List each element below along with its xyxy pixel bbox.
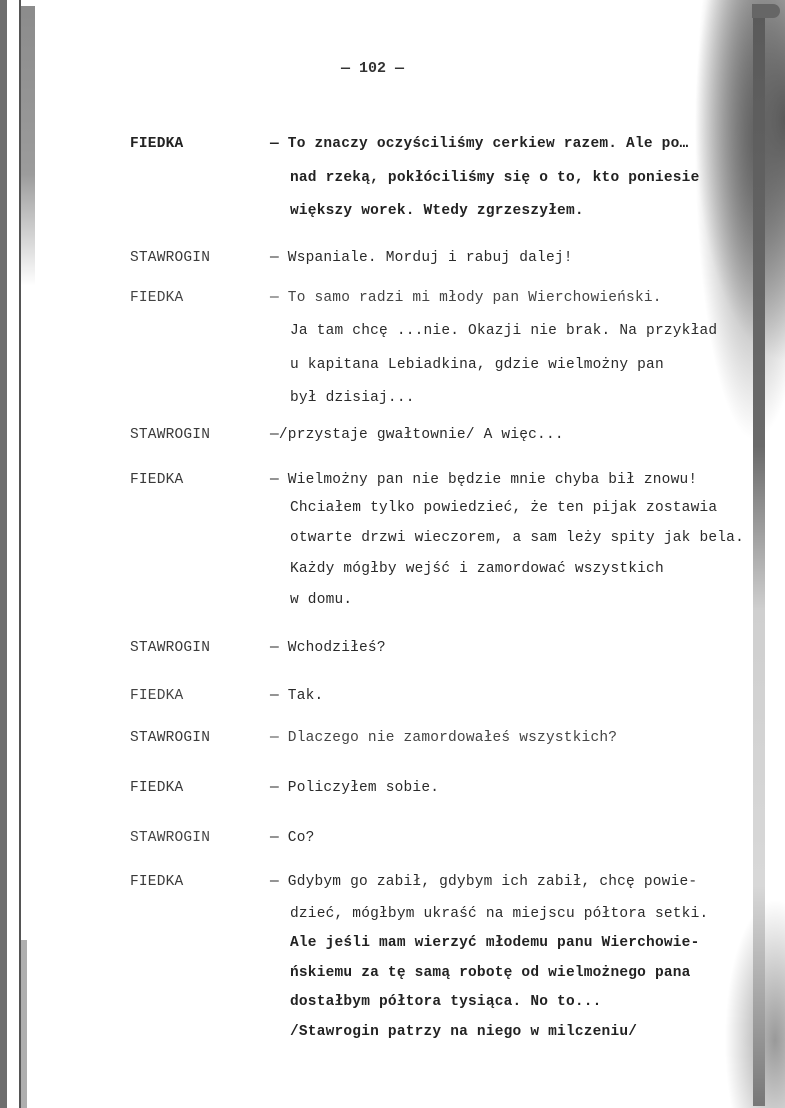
speaker-name: STAWROGIN: [130, 427, 210, 443]
speaker-name: STAWROGIN: [130, 830, 210, 846]
dialogue-line: — To samo radzi mi młody pan Wierchowień…: [270, 290, 662, 306]
dialogue-line: dostałbym półtora tysiąca. No to...: [290, 994, 602, 1010]
dialogue-line: u kapitana Lebiadkina, gdzie wielmożny p…: [290, 357, 664, 373]
dialogue-line: ńskiemu za tę samą robotę od wielmożnego…: [290, 965, 691, 981]
speaker-name: FIEDKA: [130, 472, 183, 488]
dialogue-line: Ja tam chcę ...nie. Okazji nie brak. Na …: [290, 323, 717, 339]
dialogue-line: większy worek. Wtedy zgrzeszyłem.: [290, 203, 584, 219]
speaker-name: FIEDKA: [130, 290, 183, 306]
speaker-name: FIEDKA: [130, 874, 183, 890]
dialogue-line: Ale jeśli mam wierzyć młodemu panu Wierc…: [290, 935, 699, 951]
dialogue-line: — Tak.: [270, 688, 323, 704]
dialogue-line: dzieć, mógłbym ukraść na miejscu półtora…: [290, 906, 708, 922]
dialogue-line: Chciałem tylko powiedzieć, że ten pijak …: [290, 500, 717, 516]
speaker-name: FIEDKA: [130, 136, 183, 152]
speaker-name: STAWROGIN: [130, 250, 210, 266]
speaker-name: FIEDKA: [130, 688, 183, 704]
dialogue-line: — To znaczy oczyściliśmy cerkiew razem. …: [270, 136, 688, 152]
dialogue-line: — Wielmożny pan nie będzie mnie chyba bi…: [270, 472, 697, 488]
dialogue-line: otwarte drzwi wieczorem, a sam leży spit…: [290, 530, 744, 546]
dialogue-line: nad rzeką, pokłóciliśmy się o to, kto po…: [290, 170, 699, 186]
dialogue-line: —/przystaje gwałtownie/ A więc...: [270, 427, 564, 443]
dialogue-line: — Wspaniale. Morduj i rabuj dalej!: [270, 250, 573, 266]
speaker-name: FIEDKA: [130, 780, 183, 796]
dialogue-line: — Wchodziłeś?: [270, 640, 386, 656]
dialogue-line: — Co?: [270, 830, 315, 846]
speaker-name: STAWROGIN: [130, 640, 210, 656]
dialogue-line: Każdy mógłby wejść i zamordować wszystki…: [290, 561, 664, 577]
dialogue-line: był dzisiaj...: [290, 390, 415, 406]
dialogue-line: — Gdybym go zabił, gdybym ich zabił, chc…: [270, 874, 697, 890]
dialogue-line: — Dlaczego nie zamordowałeś wszystkich?: [270, 730, 617, 746]
script-body: FIEDKA — To znaczy oczyściliśmy cerkiew …: [0, 0, 785, 1108]
stage-direction: /Stawrogin patrzy na niego w milczeniu/: [290, 1024, 637, 1040]
dialogue-line: — Policzyłem sobie.: [270, 780, 439, 796]
dialogue-line: w domu.: [290, 592, 352, 608]
speaker-name: STAWROGIN: [130, 730, 210, 746]
